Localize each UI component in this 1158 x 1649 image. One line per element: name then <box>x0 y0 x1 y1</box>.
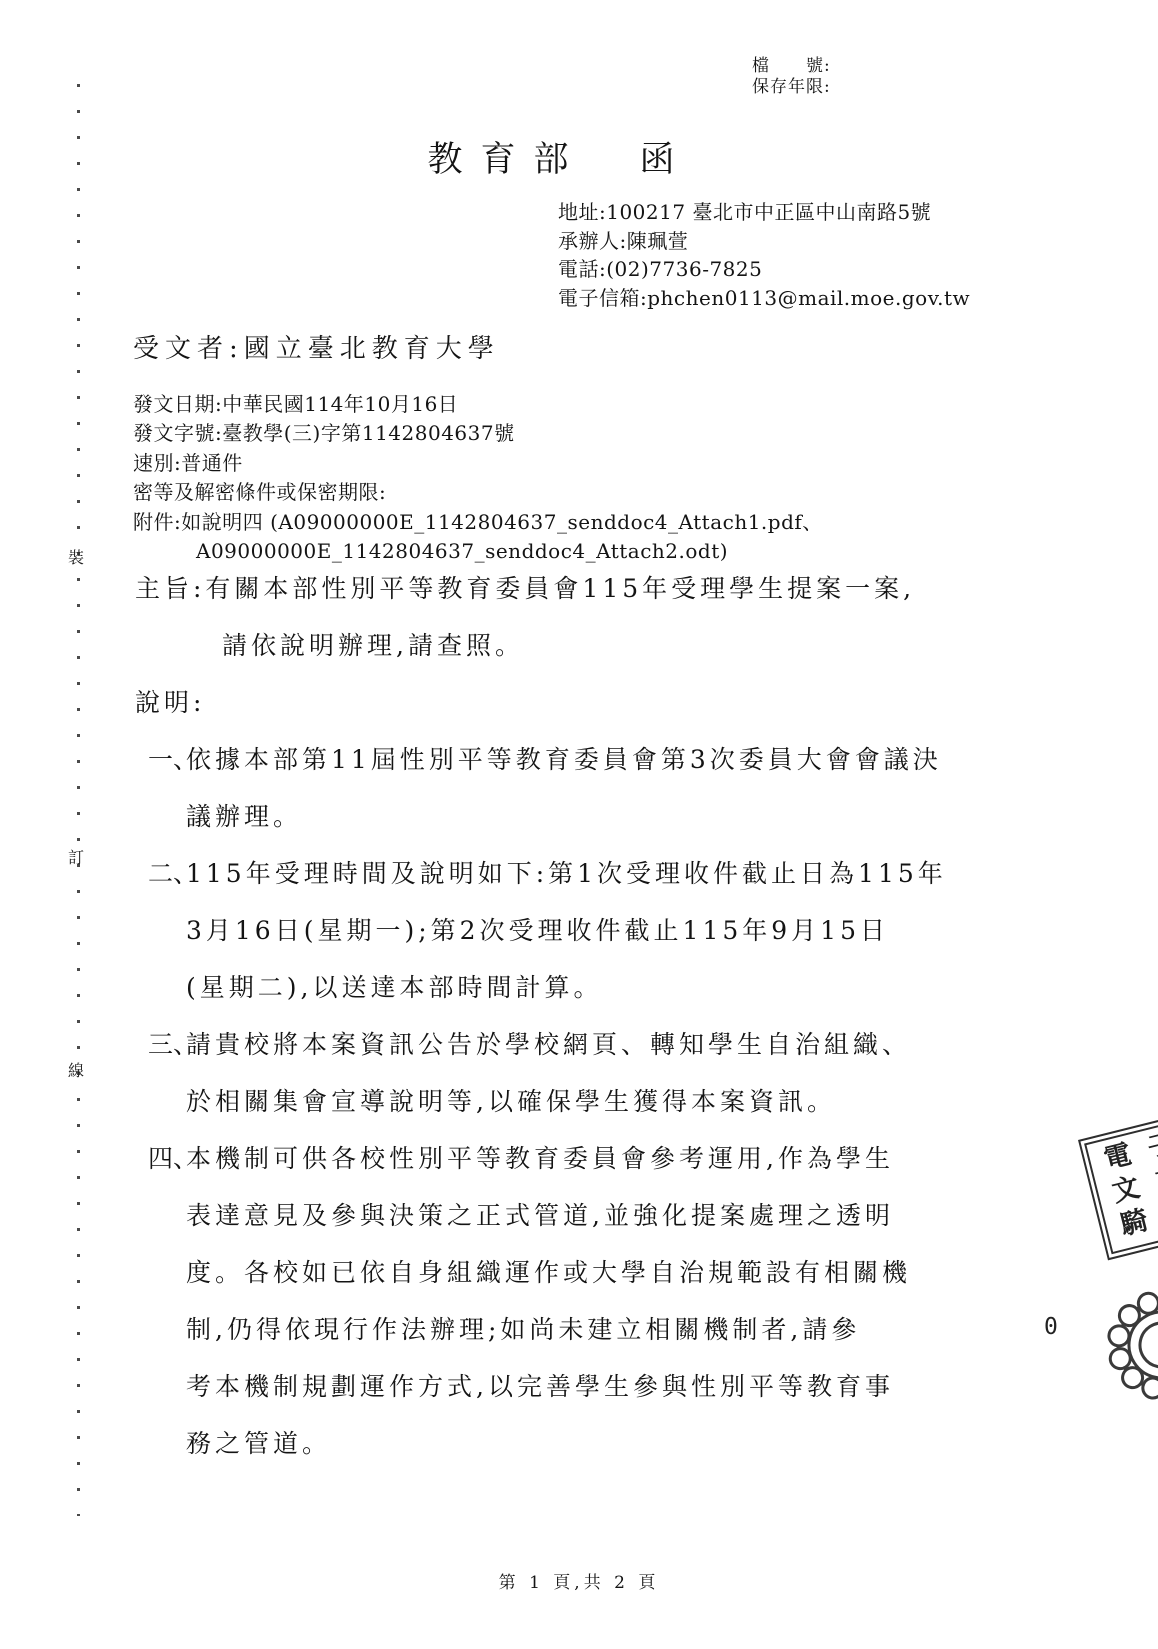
meta-doc-number: 發文字號:臺教學(三)字第1142804637號 <box>133 419 823 448</box>
explanation-item-3: 三、 請貴校將本案資訊公告於學校網頁、轉知學生自治組織、 於相關集會宣導說明等,… <box>148 1016 995 1130</box>
item-line: 本機制可供各校性別平等教育委員會參考運用,作為學生 <box>186 1130 995 1187</box>
subject-line1: 主旨:有關本部性別平等教育委員會115年受理學生提案一案, <box>135 560 995 617</box>
item-number: 三、 <box>148 1016 186 1073</box>
item-body: 本機制可供各校性別平等教育委員會參考運用,作為學生 表達意見及參與決策之正式管道… <box>186 1130 995 1472</box>
binding-dotted-line <box>77 84 80 1516</box>
explanation-item-4: 四、 本機制可供各校性別平等教育委員會參考運用,作為學生 表達意見及參與決策之正… <box>148 1130 995 1472</box>
item-line: 議辦理。 <box>186 788 995 845</box>
item-body: 115年受理時間及說明如下:第1次受理收件截止日為115年 3月16日(星期一)… <box>186 845 995 1016</box>
sender-address: 地址:100217 臺北市中正區中山南路5號 <box>558 198 970 227</box>
file-no-label: 檔 號: <box>752 56 831 77</box>
meta-speed: 速別:普通件 <box>133 449 823 478</box>
item-body: 依據本部第11屆性別平等教育委員會第3次委員大會會議決 議辦理。 <box>186 731 995 845</box>
item-line: 考本機制規劃運作方式,以完善學生參與性別平等教育事 <box>186 1358 995 1415</box>
item-line: 請貴校將本案資訊公告於學校網頁、轉知學生自治組織、 <box>186 1016 995 1073</box>
meta-issue-date: 發文日期:中華民國114年10月16日 <box>133 390 823 419</box>
item-number: 一、 <box>148 731 186 788</box>
binding-mark-zhuang: 裝 <box>68 545 84 568</box>
sender-phone: 電話:(02)7736-7825 <box>558 255 970 284</box>
page-title: 教育部 函 <box>0 132 1120 182</box>
meta-security: 密等及解密條件或保密期限: <box>133 478 823 507</box>
item-line: 度。各校如已依自身組織運作或大學自治規範設有相關機 <box>186 1244 995 1301</box>
explanation-item-2: 二、 115年受理時間及說明如下:第1次受理收件截止日為115年 3月16日(星… <box>148 845 995 1016</box>
binding-mark-ding: 訂 <box>68 845 84 868</box>
binding-mark-xian: 線 <box>68 1058 84 1081</box>
meta-attachment-line1: 附件:如說明四 (A09000000E_1142804637_senddoc4_… <box>133 508 823 537</box>
sender-contact-person: 承辦人:陳珮萱 <box>558 227 970 256</box>
explanation-items: 一、 依據本部第11屆性別平等教育委員會第3次委員大會會議決 議辦理。 二、 1… <box>148 731 995 1472</box>
subject-line2: 請依說明辦理,請查照。 <box>135 617 995 674</box>
item-line: 制,仍得依現行作法辦理;如尚未建立相關機制者,請參 <box>186 1301 995 1358</box>
item-line: 115年受理時間及說明如下:第1次受理收件截止日為115年 <box>186 845 995 902</box>
recipient-line: 受文者:國立臺北教育大學 <box>133 328 500 365</box>
file-header: 檔 號: 保存年限: <box>752 56 831 98</box>
doc-meta-block: 發文日期:中華民國114年10月16日 發文字號:臺教學(三)字第1142804… <box>133 390 823 566</box>
item-line: 務之管道。 <box>186 1415 995 1472</box>
item-line: 表達意見及參與決策之正式管道,並強化提案處理之透明 <box>186 1187 995 1244</box>
exchange-seam-stamp: 電文騎 子交縫 <box>1078 1114 1158 1260</box>
explanation-item-1: 一、 依據本部第11屆性別平等教育委員會第3次委員大會會議決 議辦理。 <box>148 731 995 845</box>
document-page: 檔 號: 保存年限: 教育部 函 地址:100217 臺北市中正區中山南路5號 … <box>0 0 1158 1649</box>
item-line: 3月16日(星期一);第2次受理收件截止115年9月15日 <box>186 902 995 959</box>
explanation-heading: 說明: <box>135 674 995 731</box>
retention-label: 保存年限: <box>752 77 831 98</box>
item-number: 四、 <box>148 1130 186 1187</box>
letter-body: 主旨:有關本部性別平等教育委員會115年受理學生提案一案, 請依說明辦理,請查照… <box>135 560 995 1472</box>
item-line: (星期二),以送達本部時間計算。 <box>186 959 995 1016</box>
sender-email: 電子信箱:phchen0113@mail.moe.gov.tw <box>558 284 970 313</box>
item-body: 請貴校將本案資訊公告於學校網頁、轉知學生自治組織、 於相關集會宣導說明等,以確保… <box>186 1016 995 1130</box>
sender-info-block: 地址:100217 臺北市中正區中山南路5號 承辦人:陳珮萱 電話:(02)77… <box>558 198 970 312</box>
scalloped-seal-stamp <box>1042 1280 1158 1410</box>
page-footer: 第 1 頁,共 2 頁 <box>0 1568 1158 1593</box>
item-line: 依據本部第11屆性別平等教育委員會第3次委員大會會議決 <box>186 731 995 788</box>
item-number: 二、 <box>148 845 186 902</box>
item-line: 於相關集會宣導說明等,以確保學生獲得本案資訊。 <box>186 1073 995 1130</box>
exchange-seam-stamp-inner: 電文騎 子交縫 <box>1084 1120 1158 1254</box>
